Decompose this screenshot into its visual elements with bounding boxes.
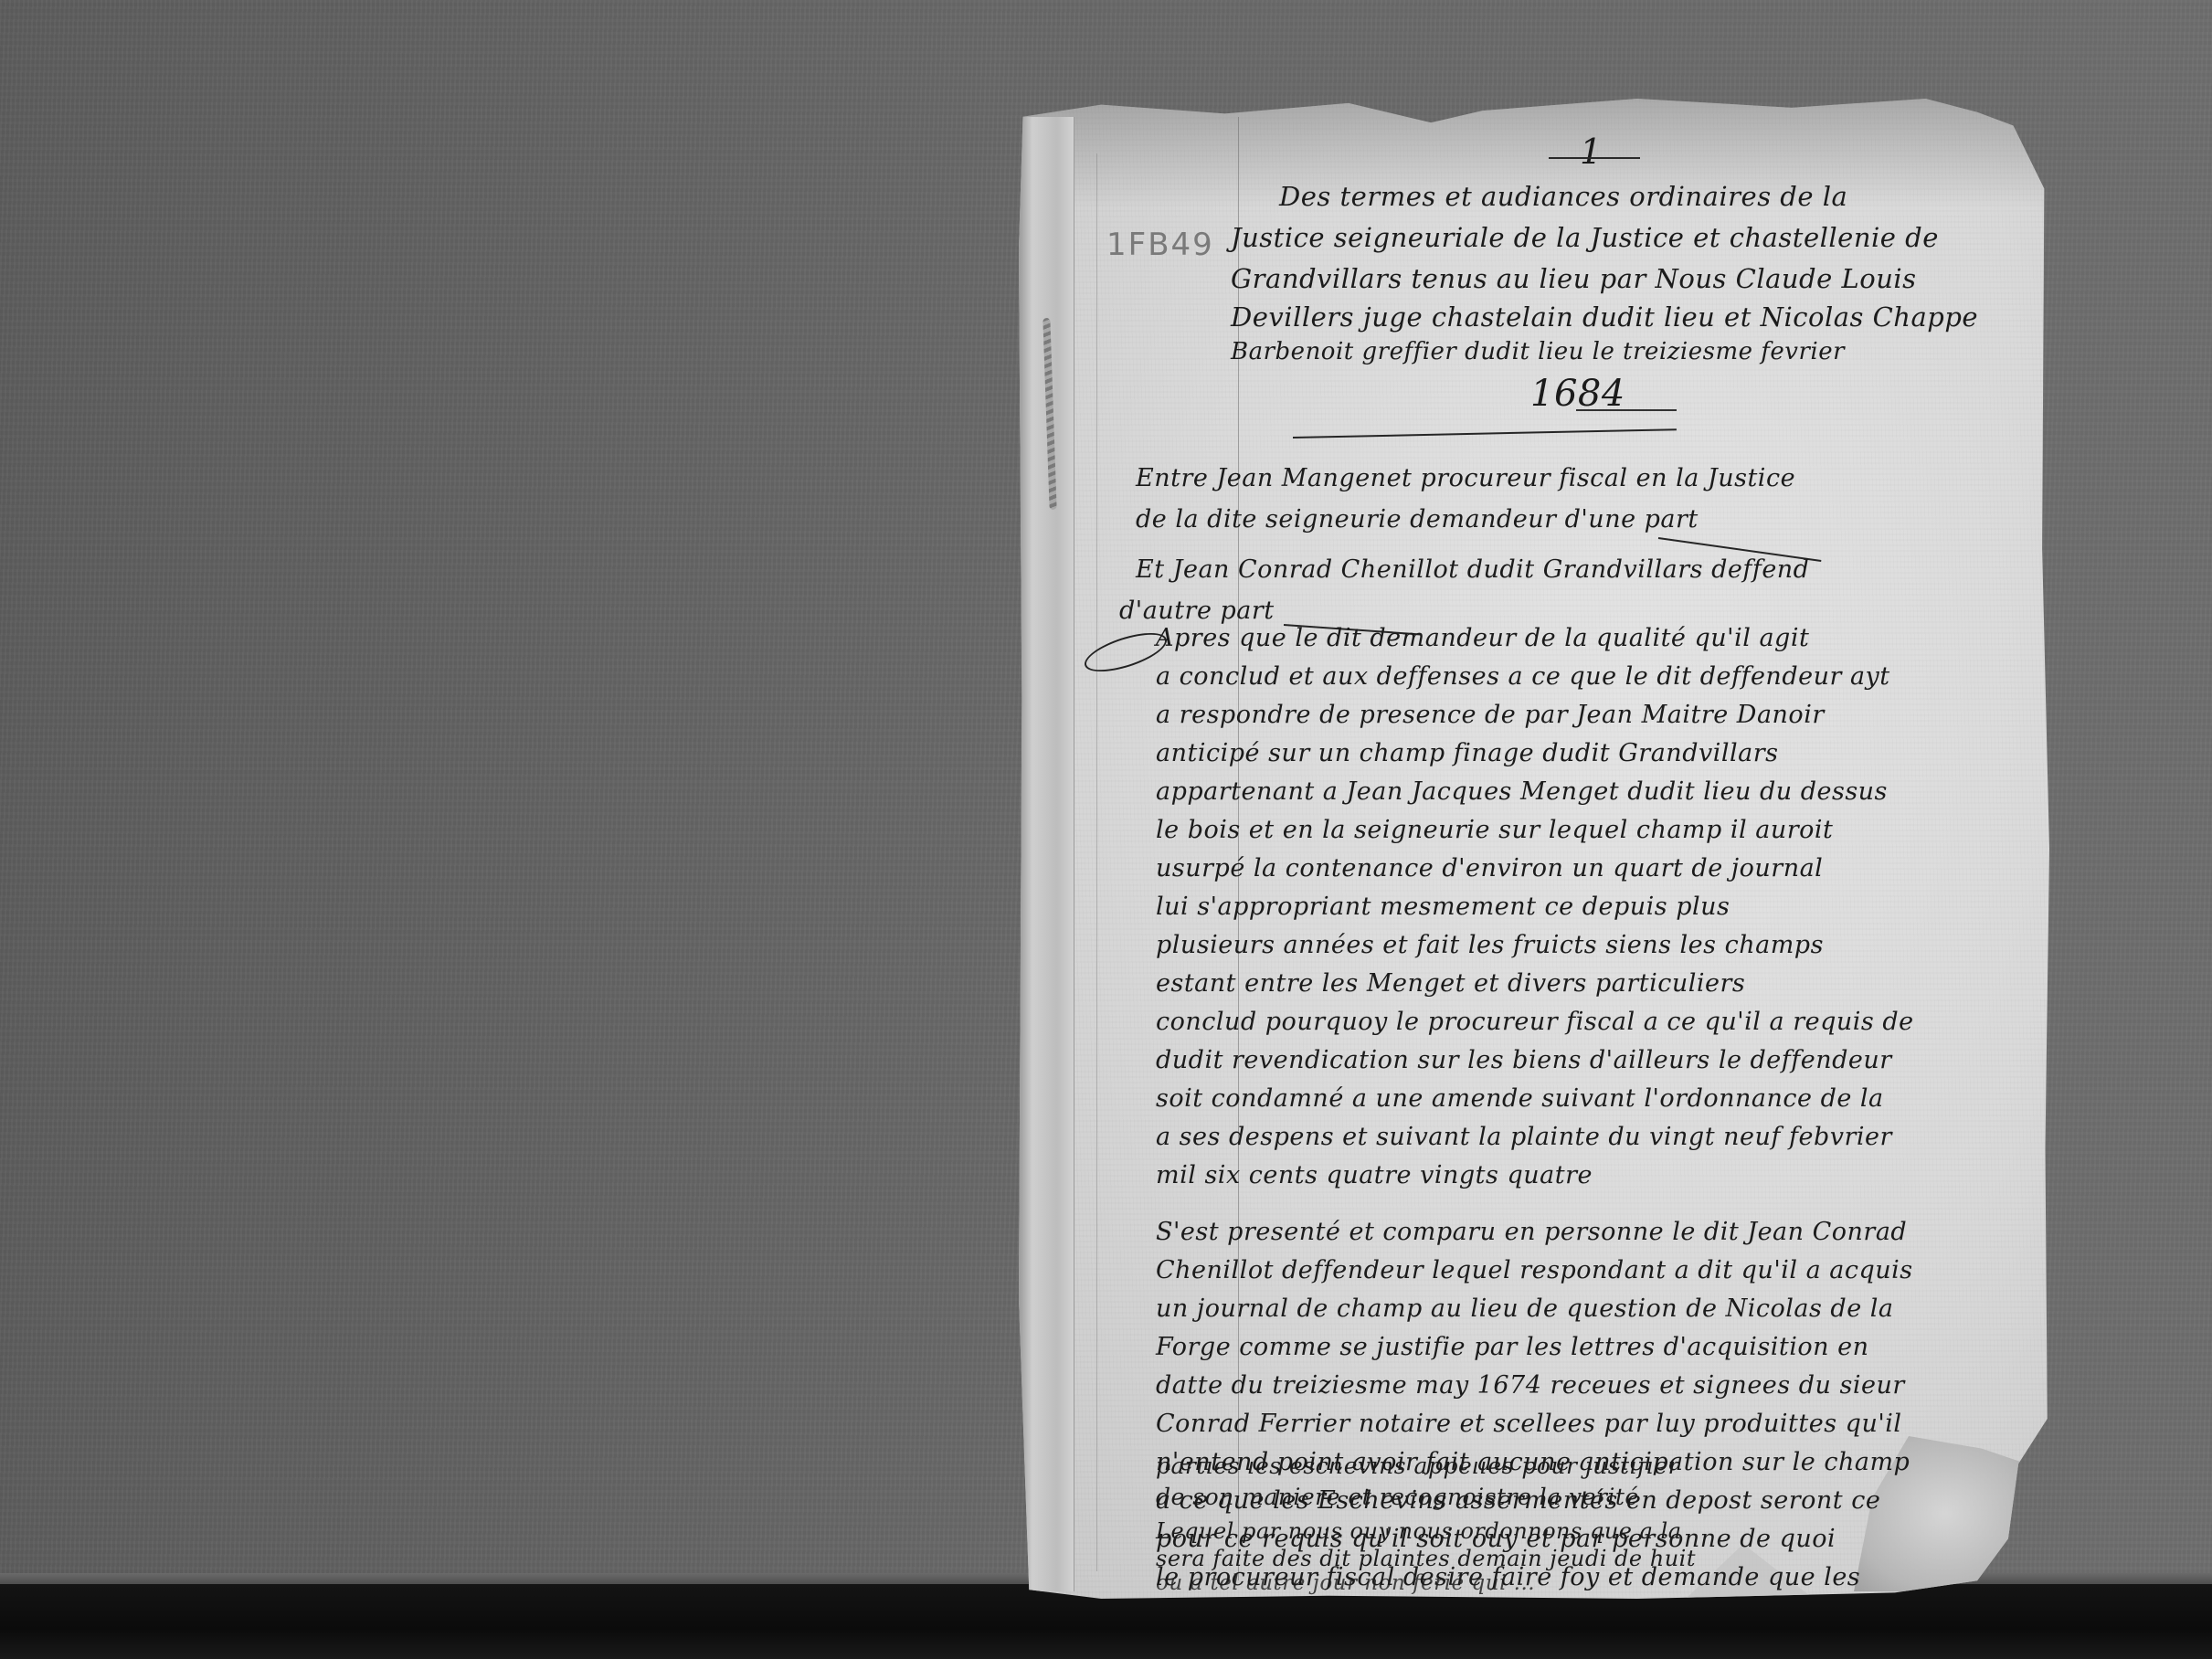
paragraph-line: anticipé sur un champ finage dudit Grand… [1156, 739, 1779, 767]
paragraph-line: plusieurs années et fait les fruicts sie… [1156, 931, 1824, 959]
paragraph-line: a conclud et aux deffenses a ce que le d… [1156, 662, 1890, 691]
page-bottom-lines: parties les eschevins appellés pour just… [1019, 1462, 2049, 1599]
paragraph-line: estant entre les Menget et divers partic… [1156, 969, 1745, 998]
parties-line: de la dite seigneurie demandeur d'une pa… [1136, 505, 1699, 534]
paragraph-line: Conrad Ferrier notaire et scellees par l… [1156, 1410, 1902, 1438]
parties-line: d'autre part [1119, 597, 1275, 625]
paragraph-line: le bois et en la seigneurie sur lequel c… [1156, 816, 1833, 844]
paragraph-line: Lequel par nous ouy nous ordonnons que a… [1156, 1518, 1682, 1544]
paragraph-line: dudit revendication sur les biens d'aill… [1156, 1046, 1892, 1074]
paragraph-line: mil six cents quatre vingts quatre [1156, 1161, 1593, 1189]
paragraph-line: usurpé la contenance d'environ un quart … [1156, 854, 1823, 882]
page-number-underline [1549, 157, 1640, 159]
heading-line: Des termes et audiances ordinaires de la [1279, 181, 1847, 212]
paragraph-line: datte du treiziesme may 1674 receues et … [1156, 1371, 1905, 1400]
paragraph-line: a ses despens et suivant la plainte du v… [1156, 1123, 1892, 1151]
paragraph-line: un journal de champ au lieu de question … [1156, 1294, 1894, 1323]
paragraph-line: ou a tel autre jour non ferié qui ... [1156, 1571, 1535, 1595]
paragraph-line: lui s'appropriant mesmement ce depuis pl… [1156, 893, 1730, 921]
paragraph-line: appartenant a Jean Jacques Menget dudit … [1156, 777, 1888, 806]
parties-line: Et Jean Conrad Chenillot dudit Grandvill… [1136, 555, 1809, 584]
pencil-shelfmark: 1FB49 [1106, 227, 1214, 263]
paragraph-line: a respondre de presence de par Jean Mait… [1156, 701, 1825, 729]
page-number: 1 [1580, 132, 1603, 172]
paragraph-line: soit condamné a une amende suivant l'ord… [1156, 1084, 1884, 1113]
heading-line: Barbenoit greffier dudit lieu le treizie… [1231, 338, 1845, 365]
paragraph-line: S'est presenté et comparu en personne le… [1156, 1218, 1907, 1246]
parties-line: Entre Jean Mangenet procureur fiscal en … [1136, 464, 1795, 492]
paragraph-line: Forge comme se justifie par les lettres … [1156, 1333, 1868, 1361]
paragraph-line: Chenillot deffendeur lequel respondant a… [1156, 1256, 1913, 1284]
paragraph-line: conclud pourquoy le procureur fiscal a c… [1156, 1008, 1914, 1036]
heading-line: Grandvillars tenus au lieu par Nous Clau… [1231, 263, 1917, 294]
year-underline [1576, 409, 1677, 411]
fold-line [1096, 153, 1097, 1571]
manuscript-page: 1 1FB49 Des termes et audiances ordinair… [1019, 99, 2049, 1599]
paragraph-line: de son maniere et recognoistre la verité [1156, 1484, 1639, 1510]
heading-line: Justice seigneuriale de la Justice et ch… [1231, 222, 1939, 253]
paragraph-line: Apres que le dit demandeur de la qualité… [1156, 624, 1809, 652]
heading-line: Devillers juge chastelain dudit lieu et … [1231, 301, 1978, 333]
paragraph-line: parties les eschevins appellés pour just… [1156, 1462, 1679, 1479]
paragraph-line: sera faite des dit plaintes demain jeudi… [1156, 1546, 1696, 1571]
